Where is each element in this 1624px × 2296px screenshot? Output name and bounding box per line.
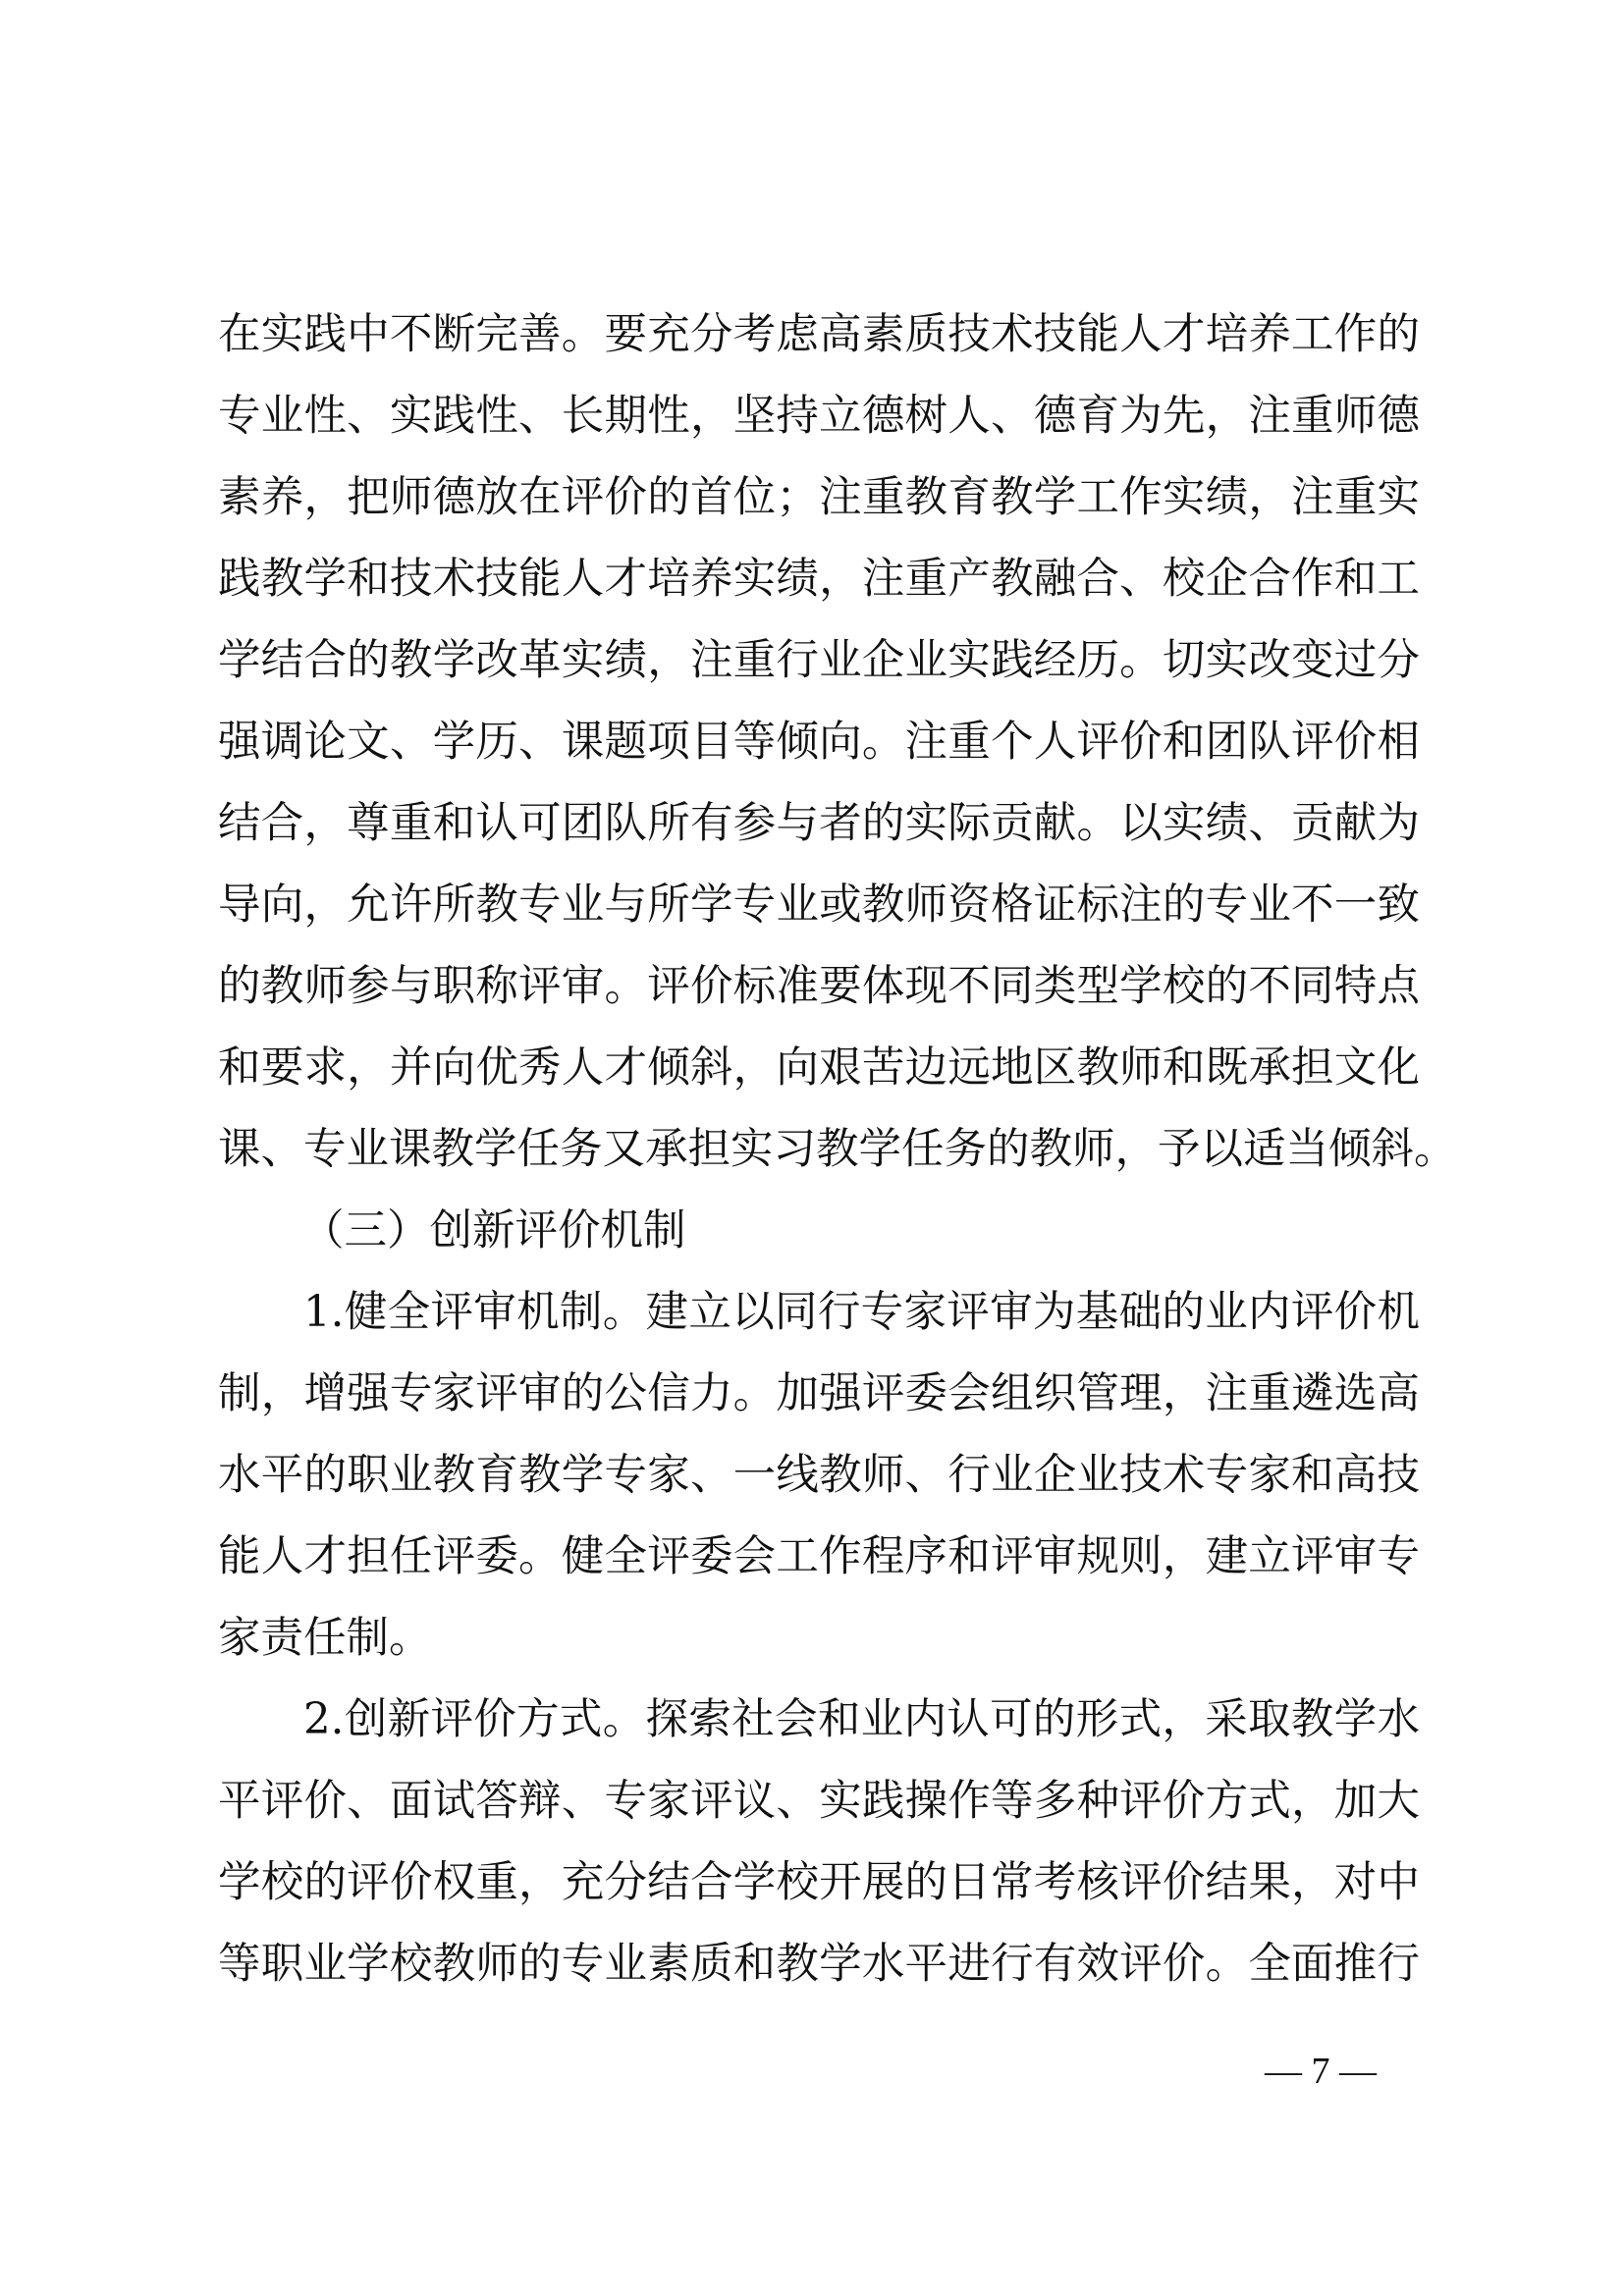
page-number: — 7 — [1257, 2050, 1384, 2093]
text-line: 水平的职业教育教学专家、一线教师、行业企业技术专家和高技 [218, 1435, 1420, 1517]
text-line: 素养，把师德放在评价的首位；注重教育教学工作实绩，注重实 [218, 457, 1420, 539]
text-line: 在实践中不断完善。要充分考虑高素质技术技能人才培养工作的 [218, 294, 1420, 376]
text-line: 践教学和技术技能人才培养实绩，注重产教融合、校企合作和工 [218, 539, 1420, 620]
text-line: 学结合的教学改革实绩，注重行业企业实践经历。切实改变过分 [218, 620, 1420, 702]
text-line: 2.创新评价方式。探索社会和业内认可的形式，采取教学水 [218, 1680, 1420, 1761]
paragraph-evaluation-methods: 2.创新评价方式。探索社会和业内认可的形式，采取教学水 平评价、面试答辩、专家评… [218, 1680, 1420, 2005]
section-heading: （三）创新评价机制 [218, 1191, 1420, 1272]
text-line: 和要求，并向优秀人才倾斜，向艰苦边远地区教师和既承担文化 [218, 1028, 1420, 1109]
text-line: 的教师参与职称评审。评价标准要体现不同类型学校的不同特点 [218, 946, 1420, 1028]
text-line: 1.健全评审机制。建立以同行专家评审为基础的业内评价机 [218, 1272, 1420, 1354]
document-page: 在实践中不断完善。要充分考虑高素质技术技能人才培养工作的 专业性、实践性、长期性… [0, 0, 1624, 2296]
paragraph-evaluation-standards: 在实践中不断完善。要充分考虑高素质技术技能人才培养工作的 专业性、实践性、长期性… [218, 294, 1420, 1191]
text-line: 结合，尊重和认可团队所有参与者的实际贡献。以实绩、贡献为 [218, 783, 1420, 865]
text-line: 制，增强专家评审的公信力。加强评委会组织管理，注重遴选高 [218, 1354, 1420, 1435]
text-line: 课、专业课教学任务又承担实习教学任务的教师，予以适当倾斜。 [218, 1109, 1420, 1191]
text-line: 强调论文、学历、课题项目等倾向。注重个人评价和团队评价相 [218, 702, 1420, 783]
text-line: 能人才担任评委。健全评委会工作程序和评审规则，建立评审专 [218, 1517, 1420, 1598]
text-line: 平评价、面试答辩、专家评议、实践操作等多种评价方式，加大 [218, 1761, 1420, 1842]
text-line: 等职业学校教师的专业素质和教学水平进行有效评价。全面推行 [218, 1924, 1420, 2005]
text-line: 导向，允许所教专业与所学专业或教师资格证标注的专业不一致 [218, 865, 1420, 946]
paragraph-review-mechanism: 1.健全评审机制。建立以同行专家评审为基础的业内评价机 制，增强专家评审的公信力… [218, 1272, 1420, 1680]
text-line: 家责任制。 [218, 1598, 1420, 1680]
text-line: 专业性、实践性、长期性，坚持立德树人、德育为先，注重师德 [218, 376, 1420, 457]
document-body: 在实践中不断完善。要充分考虑高素质技术技能人才培养工作的 专业性、实践性、长期性… [218, 294, 1420, 2005]
text-line: 学校的评价权重，充分结合学校开展的日常考核评价结果，对中 [218, 1842, 1420, 1924]
